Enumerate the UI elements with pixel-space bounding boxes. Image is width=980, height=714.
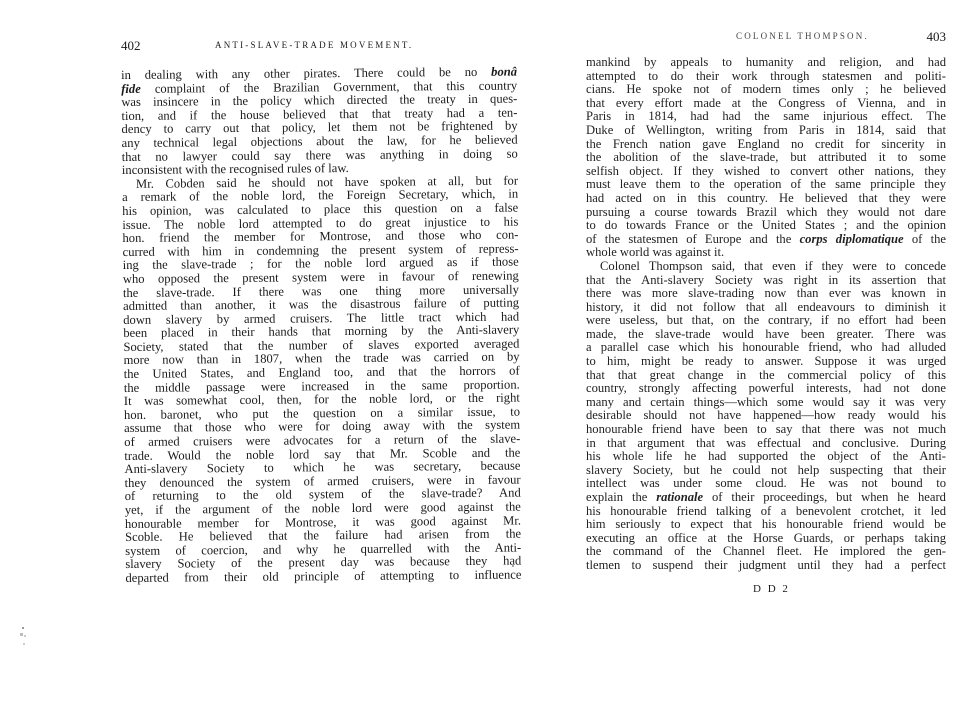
left-page-number: 402 [121,38,141,54]
text-line: the French nation gave England no credit… [586,138,946,152]
text-line: him seriously to expect that his honoura… [586,518,946,532]
text-line: tlemen to suspend their judgment until t… [586,559,946,573]
text-line: that the Anti-slavery Society was right … [586,274,946,288]
text-line: the command of the Channel fleet. He imp… [586,545,946,559]
text-line: departed from their old principle of att… [125,568,521,585]
right-page: COLONEL THOMPSON. 403 mankind by appeals… [586,28,946,573]
right-page-number: 403 [927,29,947,45]
text-line: must leave them to the operation of the … [586,178,946,192]
right-running-head: COLONEL THOMPSON. 403 [586,28,946,48]
left-running-head: 402 ANTI-SLAVE-TRADE MOVEMENT. [121,36,517,56]
text-line: the abolition of the slave-trade, but at… [586,151,946,165]
left-page: 402 ANTI-SLAVE-TRADE MOVEMENT. in dealin… [121,36,517,586]
text-line: to do towards France or the United State… [586,219,946,233]
text-line: in that argument that was effectual and … [586,437,946,451]
text-line: history, it did not follow that all ende… [586,301,946,315]
text-line: his whole life he had supported the obje… [586,450,946,464]
text-line: his honourable friend talking of a benev… [586,505,946,519]
text-line: to him, might be ready to answer. Suppos… [586,355,946,369]
scan-speck [22,627,24,629]
text-line: explain the rationale of their proceedin… [586,491,946,505]
scan-speck [20,633,23,636]
right-running-title: COLONEL THOMPSON. [736,31,869,41]
text-line: Paris in 1814, had had the same injuriou… [586,110,946,124]
left-body-text: in dealing with any other pirates. There… [121,66,521,586]
text-line: slavery Society, but he could not help s… [586,464,946,478]
left-running-title: ANTI-SLAVE-TRADE MOVEMENT. [215,40,413,50]
text-line: intellect was under some cloud. He was n… [586,477,946,491]
text-line: Duke of Wellington, writing from Paris i… [586,124,946,138]
text-line: selfish object. If they wished to conver… [586,165,946,179]
text-line: whole world was against it. [586,246,946,260]
scan-speck [512,565,514,567]
signature-mark: D D 2 [753,583,790,595]
scan-speck [24,635,26,637]
text-line: were useless, but that, on the contrary,… [586,314,946,328]
text-line: attempted to do their work through state… [586,70,946,84]
text-line: many and certain things—which some would… [586,396,946,410]
text-line: of the statesmen of Europe and the corps… [586,233,946,247]
text-line: that that great change in the commercial… [586,369,946,383]
scan-speck [23,643,25,645]
text-line: made, the slave-trade would have been gr… [586,328,946,342]
text-line: that every effort made at the Congress o… [586,97,946,111]
text-line: desirable should not have happened—how r… [586,409,946,423]
text-line: country, strongly affecting powerful int… [586,382,946,396]
text-line: Colonel Thompson said, that even if they… [586,260,946,274]
text-line: mankind by appeals to humanity and relig… [586,56,946,70]
text-line: a parallel case which his honourable fri… [586,341,946,355]
text-line: there was more slave-trading now than ev… [586,287,946,301]
text-line: pursuing a course towards Brazil which t… [586,206,946,220]
text-line: cians. He spoke not of modern times only… [586,83,946,97]
right-body-text: mankind by appeals to humanity and relig… [586,56,946,573]
text-line: honourable friend have been to say that … [586,423,946,437]
text-line: executing an office at the Horse Guards,… [586,532,946,546]
text-line: had acted on in this country. He believe… [586,192,946,206]
